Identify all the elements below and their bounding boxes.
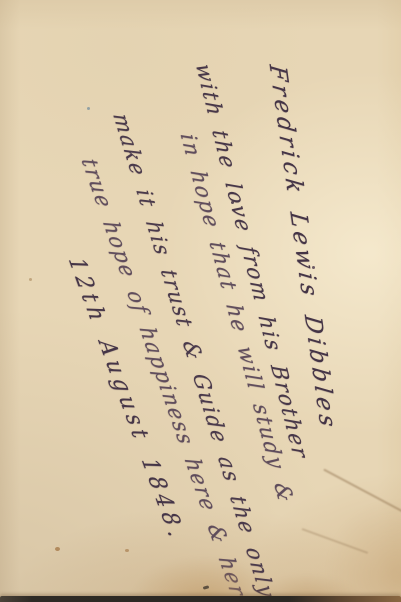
ink-speck: [203, 585, 210, 589]
bottom-right-stain: [328, 502, 401, 602]
paper-speck: [55, 547, 60, 551]
handwritten-inscription-block: Fredrick Lewis Dibbles with the love fro…: [0, 25, 401, 577]
scanned-flyleaf-page: Fredrick Lewis Dibbles with the love fro…: [0, 0, 401, 602]
crease-mark-2: [302, 528, 368, 553]
page-bottom-edge: [0, 596, 401, 602]
